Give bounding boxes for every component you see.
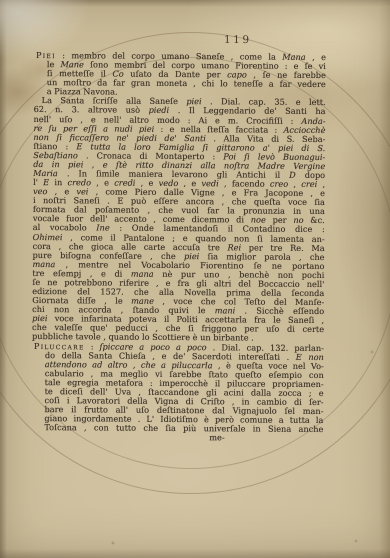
page-number: 119 xyxy=(224,34,252,46)
paragraph: La Santa ſcriſſe alla Saneſe piei . Dial… xyxy=(32,96,326,343)
text-line: Toſcana , con tutto che ſia più univerſa… xyxy=(44,423,323,434)
paragraph: Piluccare : ſpiccare a poco a poco . Dia… xyxy=(31,341,324,434)
book-page-scan: 119 Piei : membro del corpo umano Saneſe… xyxy=(0,0,390,558)
paragraph: Piei : membro del corpo umano Saneſe , c… xyxy=(34,51,326,98)
catchword: me- xyxy=(209,434,323,444)
text-block: Piei : membro del corpo umano Saneſe , c… xyxy=(31,51,326,443)
